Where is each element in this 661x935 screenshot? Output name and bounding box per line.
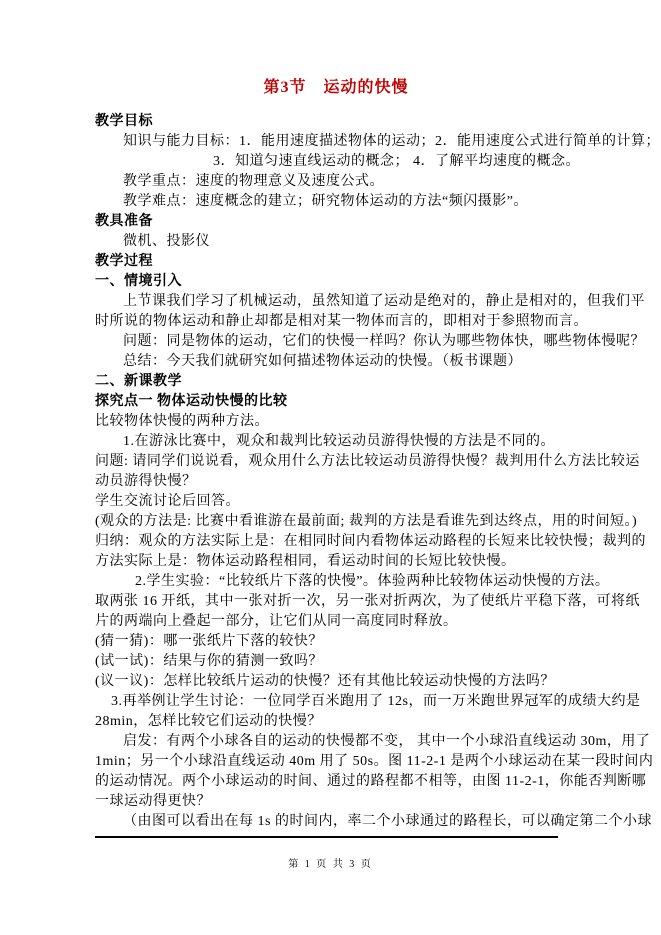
- page-title: 第3节 运动的快慢: [95, 78, 577, 98]
- doc-line: 1.在游泳比赛中，观众和裁判比较运动员游得快慢的方法是不同的。: [95, 432, 577, 452]
- doc-line: 时所说的物体运动和静止却都是相对某一物体而言的，即相对于参照物而言。: [95, 312, 577, 332]
- doc-line: (猜一猜)：哪一张纸片下落的较快？: [95, 632, 577, 652]
- page-number-footer: 第 1 页 共 3 页: [0, 855, 661, 870]
- section-heading-teaching-process: 教学过程: [95, 252, 577, 272]
- footer-divider: [95, 836, 558, 838]
- doc-line: 教学重点：速度的物理意义及速度公式。: [95, 172, 577, 192]
- doc-line: 动员游得快慢？: [95, 472, 577, 492]
- doc-line: 归纳：观众的方法实际上是：在相同时间内看物体运动路程的长短来比较快慢；裁判的: [95, 532, 577, 552]
- document-page: 第3节 运动的快慢 教学目标 知识与能力目标：1．能用速度描述物体的运动；2．能…: [0, 0, 661, 935]
- doc-line: 片的两端向上叠起一部分，让它们从同一高度同时释放。: [95, 612, 577, 632]
- doc-line: 上节课我们学习了机械运动，虽然知道了运动是绝对的，静止是相对的，但我们平: [95, 292, 577, 312]
- doc-line: 的运动情况。两个小球运动的时间、通过的路程都不相等，由图 11-2-1，你能否判…: [95, 772, 577, 792]
- document-body: 第3节 运动的快慢 教学目标 知识与能力目标：1．能用速度描述物体的运动；2．能…: [95, 78, 577, 832]
- section-heading-inquiry-point: 探究点一 物体运动快慢的比较: [95, 392, 577, 412]
- doc-line: 知识与能力目标：1．能用速度描述物体的运动；2．能用速度公式进行简单的计算；: [95, 132, 577, 152]
- doc-line: 3.再举例让学生讨论：一位同学百米跑用了 12s，而一万米跑世界冠军的成绩大约是: [95, 692, 577, 712]
- section-heading-intro: 一、情境引入: [95, 272, 577, 292]
- doc-line: 1min；另一个小球沿直线运动 40m 用了 50s。图 11-2-1 是两个小…: [95, 752, 577, 772]
- section-heading-teaching-aids: 教具准备: [95, 212, 577, 232]
- doc-line: 总结：今天我们就研究如何描述物体运动的快慢。（板书课题）: [95, 352, 577, 372]
- doc-line: 问题：同是物体的运动，它们的快慢一样吗？你认为哪些物体快，哪些物体慢呢？: [95, 332, 577, 352]
- doc-line: 学生交流讨论后回答。: [95, 492, 577, 512]
- doc-line: (议一议)：怎样比较纸片运动的快慢？还有其他比较运动快慢的方法吗？: [95, 672, 577, 692]
- section-heading-teaching-goals: 教学目标: [95, 112, 577, 132]
- doc-line: 28min，怎样比较它们运动的快慢？: [95, 712, 577, 732]
- doc-line: 取两张 16 开纸，其中一张对折一次，另一张对折两次，为了使纸片平稳下落，可将纸: [95, 592, 577, 612]
- doc-line: 微机、投影仪: [95, 232, 577, 252]
- doc-line: 比较物体快慢的两种方法。: [95, 412, 577, 432]
- doc-line: 教学难点：速度概念的建立；研究物体运动的方法“频闪摄影”。: [95, 192, 577, 212]
- doc-line: （由图可以看出在每 1s 的时间内，率二个小球通过的路程长，可以确定第二个小球: [95, 812, 577, 832]
- doc-line: 一球运动得更快？: [95, 792, 577, 812]
- doc-line: (观众的方法是: 比赛中看谁游在最前面; 裁判的方法是看谁先到达终点，用的时间短…: [95, 512, 577, 532]
- doc-line: 2.学生实验：“比较纸片下落的快慢”。体验两种比较物体运动快慢的方法。: [95, 572, 577, 592]
- doc-line: (试一试)：结果与你的猜测一致吗？: [95, 652, 577, 672]
- section-heading-new-lesson: 二、新课教学: [95, 372, 577, 392]
- doc-line: 启发：有两个小球各自的运动的快慢都不变， 其中一个小球沿直线运动 30m，用了: [95, 732, 577, 752]
- doc-line: 问题: 请同学们说说看，观众用什么方法比较运动员游得快慢？裁判用什么方法比较运: [95, 452, 577, 472]
- doc-line: 3．知道匀速直线运动的概念； 4．了解平均速度的概念。: [95, 152, 577, 172]
- doc-line: 方法实际上是：物体运动路程相同，看运动时间的长短比较快慢。: [95, 552, 577, 572]
